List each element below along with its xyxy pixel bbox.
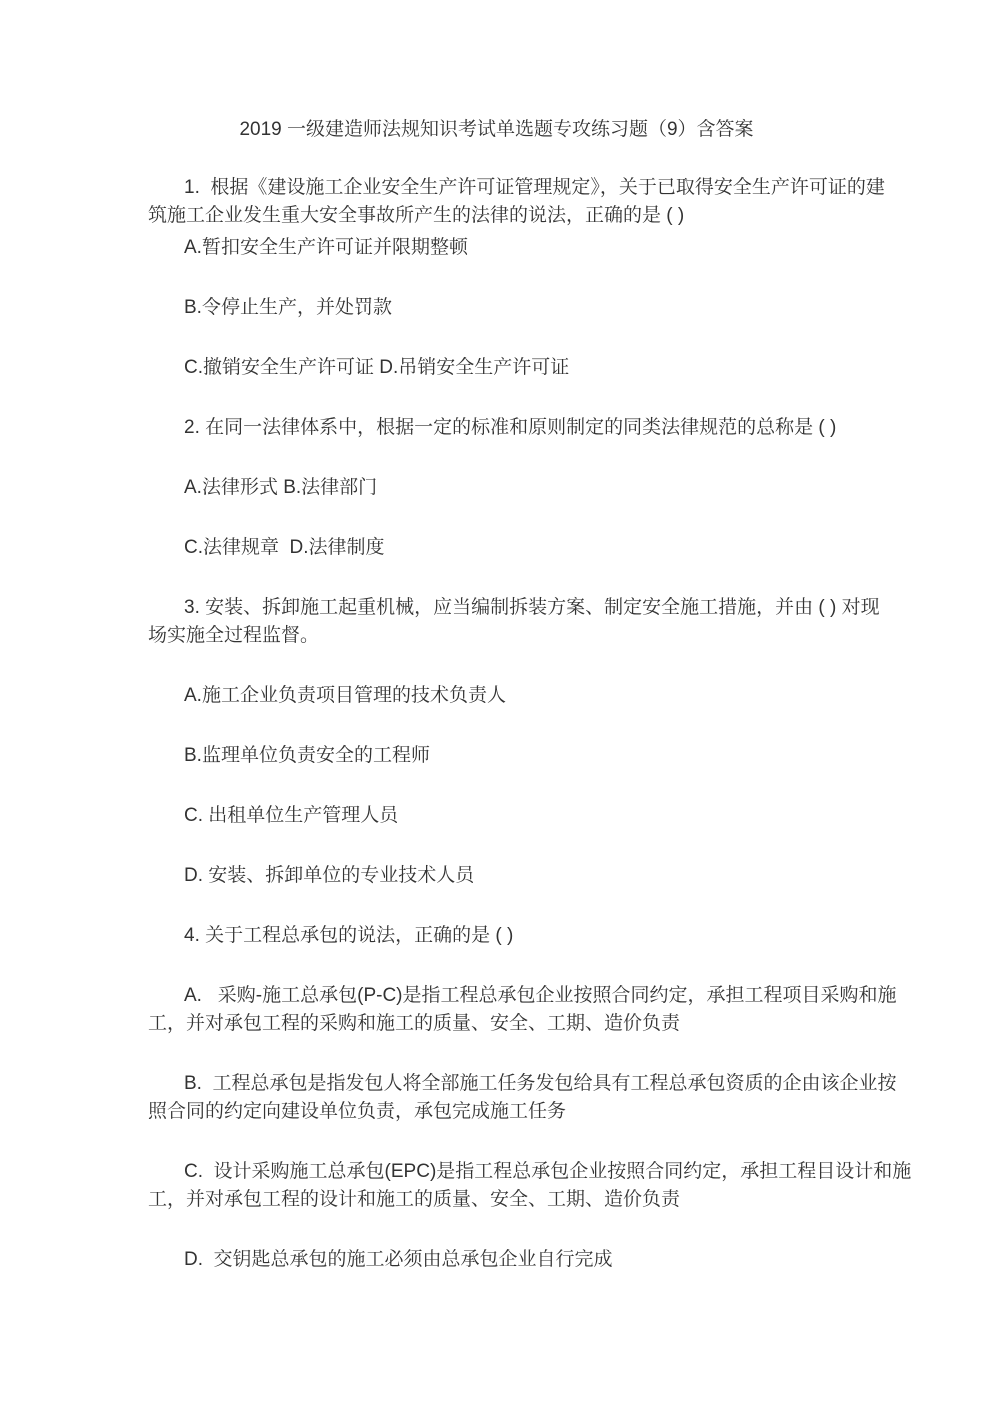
document-page: 2019 一级建造师法规知识考试单选题专攻练习题（9）含答案 1. 根据《建设施… xyxy=(0,0,993,1404)
q2-options-cd: C.法律规章 D.法律制度 xyxy=(148,534,845,562)
q4-option-c: C. 设计采购施工总承包(EPC)是指工程总承包企业按照合同约定，承担工程目设计… xyxy=(148,1158,845,1214)
q3-option-b: B.监理单位负责安全的工程师 xyxy=(148,742,845,770)
q1-option-a: A.暂扣安全生产许可证并限期整顿 xyxy=(148,234,845,262)
q1-option-b: B.令停止生产，并处罚款 xyxy=(148,294,845,322)
q4-option-d: D. 交钥匙总承包的施工必须由总承包企业自行完成 xyxy=(148,1246,845,1274)
q4-option-b: B. 工程总承包是指发包人将全部施工任务发包给具有工程总承包资质的企由该企业按 … xyxy=(148,1070,845,1126)
question-3-text: 3. 安装、拆卸施工起重机械，应当编制拆装方案、制定安全施工措施，并由 ( ) … xyxy=(148,594,845,650)
question-4-text: 4. 关于工程总承包的说法，正确的是 ( ) xyxy=(148,922,845,950)
q4-option-a: A. 采购-施工总承包(P-C)是指工程总承包企业按照合同约定，承担工程项目采购… xyxy=(148,982,845,1038)
q1-options-cd: C.撤销安全生产许可证 D.吊销安全生产许可证 xyxy=(148,354,845,382)
document-title: 2019 一级建造师法规知识考试单选题专攻练习题（9）含答案 xyxy=(148,116,845,144)
question-2-text: 2. 在同一法律体系中，根据一定的标准和原则制定的同类法律规范的总称是 ( ) xyxy=(148,414,845,442)
q3-option-a: A.施工企业负责项目管理的技术负责人 xyxy=(148,682,845,710)
question-1-text: 1. 根据《建设施工企业安全生产许可证管理规定》，关于已取得安全生产许可证的建 … xyxy=(148,174,845,230)
q3-option-d: D. 安装、拆卸单位的专业技术人员 xyxy=(148,862,845,890)
q3-option-c: C. 出租单位生产管理人员 xyxy=(148,802,845,830)
q2-options-ab: A.法律形式 B.法律部门 xyxy=(148,474,845,502)
